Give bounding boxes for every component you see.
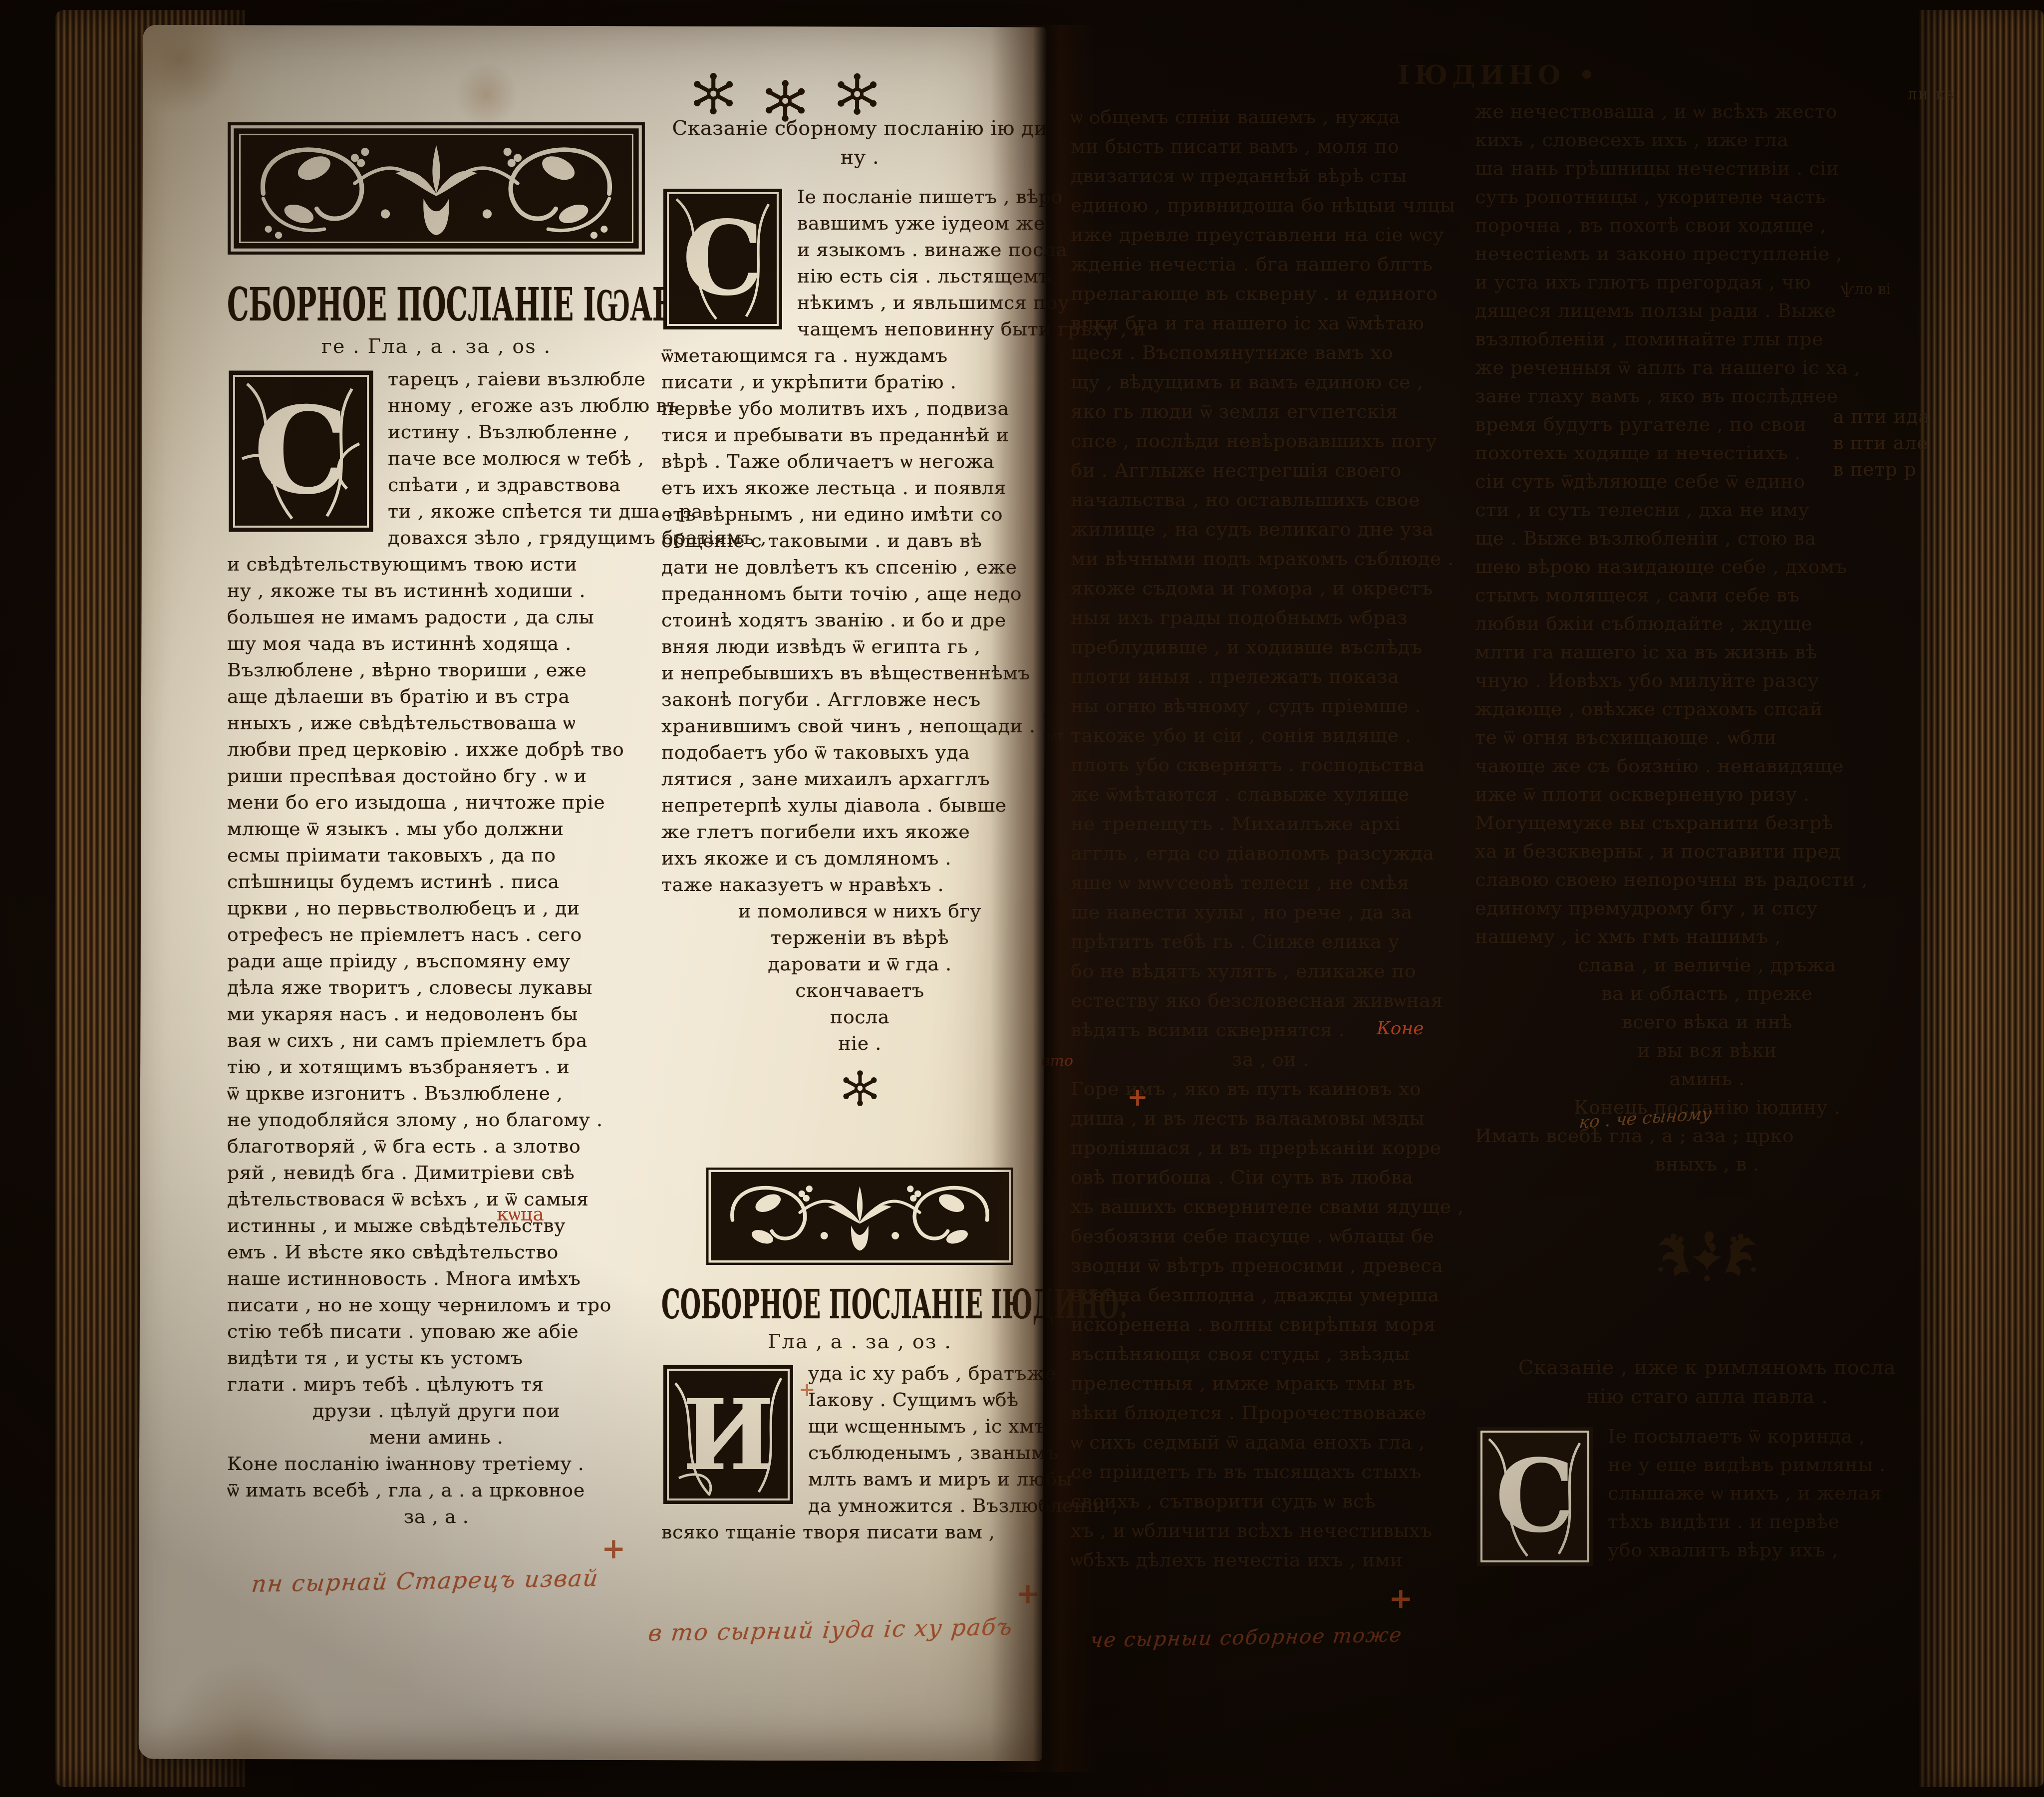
text-line: единому премудрому бгу , и спсу bbox=[1475, 894, 1939, 922]
text-line: яко гь люди ѿ земля егѵпетскія bbox=[1071, 397, 1470, 426]
text-line: большея не имамъ радости , да слы bbox=[227, 604, 645, 630]
text-line: се пріидетъ гь въ тысящахъ стыхъ bbox=[1071, 1457, 1470, 1487]
text-line: сти , и суть телесни , дха не иму bbox=[1475, 496, 1939, 524]
text-line: щу , вѣдущимъ и вамъ единою се , bbox=[1071, 367, 1470, 397]
text-line: ради аще пріиду , въспомяну ему bbox=[227, 948, 645, 974]
red-word-konets-abbrev: кѡца bbox=[497, 1203, 544, 1225]
text-line: благотворяй , ѿ бга есть . а злотво bbox=[227, 1133, 645, 1160]
text-line: спсе , послѣди невѣровавшихъ погу bbox=[1071, 426, 1470, 456]
text-line: риши преспѣвая достойно бгу . ѡ и bbox=[227, 763, 645, 789]
text-line: плоть убо сквернятъ . господьства bbox=[1071, 750, 1470, 780]
text-line: стымъ молящеся , сами себе въ bbox=[1475, 581, 1939, 609]
text-line: такоже убо и сіи , сонія видяще . bbox=[1071, 721, 1470, 750]
text-line: искоренена . волны свирѣпыя моря bbox=[1071, 1310, 1470, 1339]
text-line: ну , якоже ты въ истиннѣ ходиши . bbox=[227, 578, 645, 604]
text-line: хъ , и ѡбличити всѣхъ нечестивыхъ bbox=[1071, 1516, 1470, 1545]
text-line: яше ѡ мѡѵсеовѣ телеси , не смѣя bbox=[1071, 868, 1470, 898]
text-line: отрефесъ не пріемлетъ насъ . сего bbox=[227, 921, 645, 948]
text-line: истинны , и мыже свѣдѣтельству bbox=[227, 1212, 645, 1239]
text-line: спѣшницы будемъ истинѣ . писа bbox=[227, 869, 645, 895]
text-line: млти га нашего іс ха въ жизнь вѣ bbox=[1475, 638, 1939, 666]
text-line: есмы пріимати таковыхъ , да по bbox=[227, 842, 645, 869]
fleuron-leaf-vignette-icon bbox=[1650, 1226, 1764, 1291]
text-line: двизатися ѡ преданнѣй вѣрѣ сты bbox=[1071, 161, 1470, 191]
text-line: Коне посланію іѡаннову третіему . bbox=[227, 1451, 645, 1477]
text-line: прелагающе въ скверну . и единого bbox=[1071, 279, 1470, 308]
text-line: Имать всебѣ гла , а ; аза ; црко bbox=[1475, 1122, 1939, 1150]
text-line: агглъ , егда со діаволомъ разсужда bbox=[1071, 839, 1470, 868]
text-column-3: ѡ ѻбщемъ спніи вашемъ , нуждами бысть пи… bbox=[1071, 102, 1470, 1575]
text-line: чающе же съ боязнію . ненавидяще bbox=[1475, 752, 1939, 780]
text-line: ха и безскверны , и поставити пред bbox=[1475, 837, 1939, 866]
text-line: влки бга и га нашего іс ха ѿмѣтаю bbox=[1071, 308, 1470, 338]
text-line: шею вѣрою назидающе себе , дхомъ bbox=[1475, 553, 1939, 581]
margin-epistle-references: а пти идав пти алев петр р bbox=[1833, 403, 1930, 483]
text-line: стію тебѣ писати . уповаю же абіе bbox=[227, 1318, 645, 1345]
svg-text:С: С bbox=[1495, 1438, 1574, 1555]
initial-letter-S-icon: С bbox=[1475, 1425, 1595, 1568]
text-line: те ѿ огня въсхищающе . ѡбли bbox=[1475, 723, 1939, 752]
text-line: чную . Иовѣхъ убо милуйте разсу bbox=[1475, 666, 1939, 695]
text-line: ми укаряя насъ . и недоволенъ бы bbox=[227, 1001, 645, 1027]
text-line: слава , и величіе , дръжа bbox=[1475, 951, 1939, 979]
title-vyaz-jude: СОБОРНОЕ ПОСЛАНІЕ ІЮДИНО: bbox=[661, 1281, 1038, 1328]
text-line: глати . миръ тебѣ . цѣлуютъ тя bbox=[227, 1371, 645, 1398]
text-line: щеся . Въспомянутиже вамъ хо bbox=[1071, 338, 1470, 367]
text-line: славою своею непорочны въ радости , bbox=[1475, 866, 1939, 894]
text-line: цркви , но первьстволюбецъ и , ди bbox=[227, 895, 645, 921]
margin-psalm-reference: ѱло ві bbox=[1841, 280, 1891, 299]
text-line: якоже съдома и гомора , и окрестъ bbox=[1071, 574, 1470, 603]
text-line: бо не вѣдятъ хулятъ , еликаже по bbox=[1071, 956, 1470, 986]
initial-letter-I-icon: И bbox=[661, 1363, 795, 1506]
text-line: аминь . bbox=[1475, 1065, 1939, 1093]
text-line: за , а . bbox=[227, 1503, 645, 1530]
svg-text:И: И bbox=[682, 1378, 774, 1492]
text-line: начальства , но оставльшихъ свое bbox=[1071, 485, 1470, 515]
text-line: дящеся лицемъ ползы ради . Выже bbox=[1475, 297, 1939, 325]
red-note-cheesefare-thursday: че сырныи соборное тоже bbox=[1089, 1624, 1404, 1652]
text-line: естеству яко безсловесная живѡная bbox=[1071, 986, 1470, 1015]
text-line: же ѿмѣтаются . славыже хуляще bbox=[1071, 780, 1470, 809]
vignette-block bbox=[1475, 1226, 1939, 1293]
red-cross-icon: + bbox=[1389, 1581, 1413, 1615]
body-text-john: С тарецъ , гаіеви възлюбленному , егоже … bbox=[227, 366, 645, 1530]
text-line: млюще ѿ языкъ . мы убо должни bbox=[227, 816, 645, 842]
text-line: любви бжіи съблюдайте , ждуще bbox=[1475, 609, 1939, 638]
text-line: ми вѣчными подъ мракомъ съблюде . bbox=[1071, 544, 1470, 574]
text-line: мени аминь . bbox=[227, 1424, 645, 1451]
printer-flower-icon bbox=[836, 72, 878, 115]
text-line: вѣки блюдется . Пророчествоваже bbox=[1071, 1398, 1470, 1428]
skazanie-romans-heading: Сказаніе , иже к римляномъ посланію стаг… bbox=[1475, 1353, 1939, 1411]
text-line: ѿ имать всебѣ , гла , а . а црковное bbox=[227, 1477, 645, 1503]
text-line: же нечествоваша , и ѡ всѣхъ жесто bbox=[1475, 97, 1939, 126]
text-line: иже древле преуставлени на сіе ѡсу bbox=[1071, 220, 1470, 250]
text-line: порочна , въ похотѣ свои ходяще , bbox=[1475, 211, 1939, 240]
text-line: Могущемуже вы съхранити безгрѣ bbox=[1475, 809, 1939, 837]
text-line: шу моя чада въ истиннѣ ходяща . bbox=[227, 630, 645, 657]
text-line: хъ вашихъ сквернителе свами ядуще , bbox=[1071, 1192, 1470, 1221]
text-line: не уподобляйся злому , но благому . bbox=[227, 1107, 645, 1133]
text-line: ряй , невидѣ бга . Димитріеви свѣ bbox=[227, 1160, 645, 1186]
text-line: ѡ сихъ седмый ѿ адама енохъ гла , bbox=[1071, 1428, 1470, 1457]
text-line: ѿ цркве изгонитъ . Възлюблене , bbox=[227, 1080, 645, 1107]
text-line: Сказаніе , иже к римляномъ посла bbox=[1475, 1353, 1939, 1382]
text-line: би . Агглыже нестрегшія своего bbox=[1071, 456, 1470, 485]
text-line: вая ѡ сихъ , ни самъ пріемлетъ бра bbox=[227, 1027, 645, 1054]
text-line: овѣ погибоша . Сіи суть въ любва bbox=[1071, 1163, 1470, 1192]
red-cross-icon: + bbox=[601, 1531, 626, 1565]
text-line: друзи . цѣлуй други пои bbox=[227, 1398, 645, 1424]
text-line: нію стаго апла павла . bbox=[1475, 1382, 1939, 1411]
printer-flower-icon bbox=[842, 1070, 878, 1107]
red-cross-icon: + bbox=[799, 1378, 816, 1401]
title-vyaz-john: СБОРНОЕ ПОСЛАНІЕ ІѠАННѢ bbox=[227, 278, 628, 332]
text-line: прѣтитъ тебѣ гь . Сіиже елика у bbox=[1071, 927, 1470, 956]
skazanie-romans-body: С Іе посылаетъ ѿ коринда ,не у еще видѣв… bbox=[1475, 1422, 1939, 1564]
text-line: възлюбленіи , поминайте глы пре bbox=[1475, 325, 1939, 353]
text-line: в петр р bbox=[1833, 456, 1930, 483]
text-line: безбоязни себе пасуще . ѡблацы бе bbox=[1071, 1221, 1470, 1251]
text-line: нечестіемъ и законо преступленіе , bbox=[1475, 240, 1939, 268]
svg-text:С: С bbox=[682, 199, 763, 318]
text-line: жденіе нечестіа . бга нашего блгть bbox=[1071, 250, 1470, 279]
text-line: въспѣняющя своя студы , звѣзды bbox=[1071, 1339, 1470, 1369]
text-line: в пти але bbox=[1833, 430, 1930, 456]
text-line: проліяшася , и въ прерѣканіи корре bbox=[1071, 1133, 1470, 1163]
printer-flower-icon bbox=[692, 72, 735, 115]
chapter-rubric-john: ге . Гла , а . за , оѕ . bbox=[227, 335, 645, 358]
headpiece-woodcut-icon bbox=[227, 122, 645, 255]
text-line: любви пред церковію . ихже добрѣ тво bbox=[227, 736, 645, 763]
text-line: иже ѿ плоти оскверненую ризу . bbox=[1475, 780, 1939, 809]
text-line: нныхъ , иже свѣдѣтельствоваша ѡ bbox=[227, 710, 645, 736]
text-line: ѡбѣхъ дѣлехъ нечестіа ихъ , ими bbox=[1071, 1545, 1470, 1575]
text-line: Възлюблене , вѣрно твориши , еже bbox=[227, 657, 645, 683]
text-line: преблудивше , и ходивше въслѣдъ bbox=[1071, 632, 1470, 662]
text-line: есенна безплодна , дважды умерша bbox=[1071, 1280, 1470, 1310]
text-line: вныхъ , в . bbox=[1475, 1150, 1939, 1179]
text-line: ми бысть писати вамъ , моля по bbox=[1071, 132, 1470, 161]
text-line: нашему , іс хмъ гмъ нашимъ , bbox=[1475, 922, 1939, 951]
text-line: суть ропотницы , укорителе часть bbox=[1475, 183, 1939, 211]
text-line: своихъ , сътворити судъ ѡ всѣ bbox=[1071, 1487, 1470, 1516]
initial-letter-S-icon: С bbox=[661, 187, 784, 331]
text-line: ва и ѻбласть , преже bbox=[1475, 979, 1939, 1008]
text-line: наше истинновость . Многа имѣхъ bbox=[227, 1265, 645, 1292]
text-line: видѣти тя , и усты къ устомъ bbox=[227, 1345, 645, 1371]
text-line: ѡ ѻбщемъ спніи вашемъ , нужда bbox=[1071, 102, 1470, 132]
text-line: аще дѣлаеши въ братію и въ стра bbox=[227, 683, 645, 710]
text-line: ны огню вѣчному , судъ пріемше . bbox=[1071, 691, 1470, 721]
red-cross-icon: + bbox=[1127, 1082, 1148, 1112]
gutter-shadow bbox=[991, 25, 1096, 1772]
text-column-4: же нечествоваша , и ѡ всѣхъ жестокихъ , … bbox=[1475, 97, 1939, 1572]
text-line: ждающе , овѣхже страхомъ спсай bbox=[1475, 695, 1939, 723]
text-line: за , ѻи . bbox=[1071, 1045, 1470, 1074]
text-line: а пти ида bbox=[1833, 403, 1930, 430]
text-line: ша нань грѣшницы нечестивіи . сіи bbox=[1475, 154, 1939, 183]
text-line: жилище , на судъ великаго дне уза bbox=[1071, 515, 1470, 544]
text-line: и свѣдѣтельствующимъ твою исти bbox=[227, 551, 645, 578]
text-line: емъ . И вѣсте яко свѣдѣтельство bbox=[227, 1239, 645, 1265]
text-line: и вы вся вѣки bbox=[1475, 1036, 1939, 1065]
text-line: всего вѣка и ннѣ bbox=[1475, 1008, 1939, 1036]
text-line: ще . Выже възлюбленіи , стою ва bbox=[1475, 524, 1939, 553]
text-line: ныя ихъ грады подобнымъ ѡбраз bbox=[1071, 603, 1470, 632]
text-line: дѣтельствовася ѿ всѣхъ , и ѿ самыя bbox=[227, 1186, 645, 1212]
text-line: ше навести хулы , но рече , да за bbox=[1071, 898, 1470, 927]
text-line: прелестныя , имже мракъ тмы въ bbox=[1071, 1369, 1470, 1398]
text-column-1: СБОРНОЕ ПОСЛАНІЕ ІѠАННѢ ге . Гла , а . з… bbox=[227, 122, 645, 1530]
text-line: кихъ , словесехъ ихъ , иже гла bbox=[1475, 126, 1939, 154]
text-line: писати , но не хощу черниломъ и тро bbox=[227, 1292, 645, 1318]
book-photo: СБОРНОЕ ПОСЛАНІЕ ІѠАННѢ ге . Гла , а . з… bbox=[0, 0, 2044, 1797]
text-line: же реченныя ѿ аплъ га нашего іс ха , bbox=[1475, 353, 1939, 382]
initial-letter-S-icon: С bbox=[227, 369, 375, 534]
text-line: плоти иныя . прележатъ показа bbox=[1071, 662, 1470, 691]
text-line: тію , и хотящимъ възбраняетъ . и bbox=[227, 1054, 645, 1080]
text-line: не трепещутъ . Михаилъже архі bbox=[1071, 809, 1470, 839]
text-line: дѣла яже творитъ , словесы лукавы bbox=[227, 974, 645, 1001]
red-margin-konets: Коне bbox=[1377, 1018, 1424, 1039]
running-header: ІЮДИНО • bbox=[1398, 60, 1599, 90]
svg-text:С: С bbox=[253, 380, 348, 521]
text-line: единою , привнидоша бо нѣцыи члцы bbox=[1071, 191, 1470, 220]
text-line: мени бо его изыдоша , ничтоже пріе bbox=[227, 789, 645, 816]
text-line: зводни ѿ вѣтръ преносими , древеса bbox=[1071, 1251, 1470, 1280]
